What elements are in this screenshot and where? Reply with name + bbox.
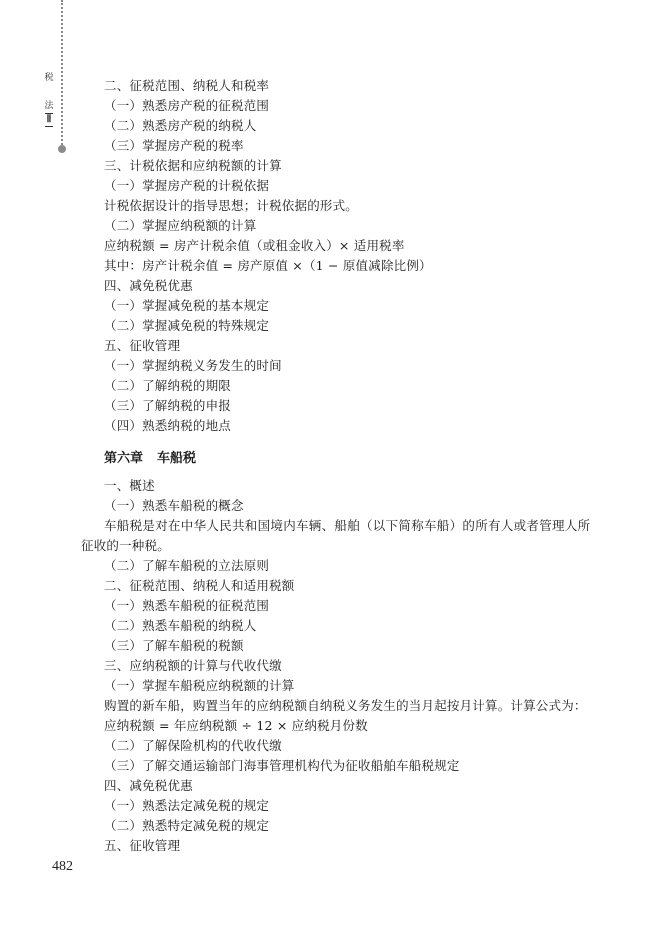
chapter-number: 第六章 — [104, 451, 143, 466]
list-item: （三）了解纳税的申报 — [81, 396, 581, 416]
list-item: （一）掌握减免税的基本规定 — [81, 296, 581, 316]
list-item: （一）掌握车船税应纳税额的计算 — [81, 676, 581, 696]
heading-tax-basis-calculation: 三、计税依据和应纳税额的计算 — [81, 156, 581, 176]
formula: 应纳税额 = 房产计税余值（或租金收入）× 适用税率 — [81, 236, 581, 256]
list-item: （二）熟悉特定减免税的规定 — [81, 816, 581, 836]
margin-book-title: 税 法 Ⅱ — [42, 72, 56, 127]
list-item: （一）熟悉车船税的概念 — [81, 496, 581, 516]
paragraph-continuation: 征收的一种税。 — [81, 536, 581, 556]
list-item: （三）了解交通运输部门海事管理机构代为征收船舶车船税规定 — [81, 756, 581, 776]
list-item: （一）熟悉法定减免税的规定 — [81, 796, 581, 816]
list-item: （二）掌握减免税的特殊规定 — [81, 316, 581, 336]
margin-rule-end-dot — [58, 145, 66, 153]
formula: 应纳税额 = 年应纳税额 ÷ 12 × 应纳税月份数 — [81, 716, 581, 736]
chapter-heading: 第六章车船税 — [81, 449, 581, 469]
chapter-six-section: 一、概述 （一）熟悉车船税的概念 车船税是对在中华人民共和国境内车辆、船舶（以下… — [81, 476, 581, 856]
heading-scope-taxpayer-rate: 二、征税范围、纳税人和税率 — [81, 76, 581, 96]
previous-chapter-section: 二、征税范围、纳税人和税率 （一）熟悉房产税的征税范围 （二）熟悉房产税的纳税人… — [81, 76, 581, 436]
list-item: （四）熟悉纳税的地点 — [81, 416, 581, 436]
margin-dotted-rule — [61, 0, 63, 148]
list-item: （二）了解纳税的期限 — [81, 376, 581, 396]
heading-collection-management: 五、征收管理 — [81, 836, 581, 856]
list-item: （一）熟悉房产税的征税范围 — [81, 96, 581, 116]
list-item: （二）了解保险机构的代收代缴 — [81, 736, 581, 756]
list-item: （一）掌握纳税义务发生的时间 — [81, 356, 581, 376]
heading-tax-relief: 四、减免税优惠 — [81, 276, 581, 296]
paragraph: 购置的新车船，购置当年的应纳税额自纳税义务发生的当月起按月计算。计算公式为： — [81, 696, 581, 716]
chapter-title: 车船税 — [157, 451, 196, 466]
heading-collection-management: 五、征收管理 — [81, 336, 581, 356]
list-item: （三）了解车船税的税额 — [81, 636, 581, 656]
list-item: （二）熟悉车船税的纳税人 — [81, 616, 581, 636]
margin-title-char: 税 — [42, 72, 56, 84]
heading-scope-taxpayer-amount: 二、征税范围、纳税人和适用税额 — [81, 576, 581, 596]
margin-title-volume: Ⅱ — [45, 113, 53, 127]
paragraph: 车船税是对在中华人民共和国境内车辆、船舶（以下简称车船）的所有人或者管理人所 — [81, 516, 581, 536]
margin-title-char: 法 — [42, 100, 56, 112]
page-body: 二、征税范围、纳税人和税率 （一）熟悉房产税的征税范围 （二）熟悉房产税的纳税人… — [81, 76, 581, 856]
list-item: （二）了解车船税的立法原则 — [81, 556, 581, 576]
heading-calculation-withholding: 三、应纳税额的计算与代收代缴 — [81, 656, 581, 676]
heading-tax-relief: 四、减免税优惠 — [81, 776, 581, 796]
list-item: （一）掌握房产税的计税依据 — [81, 176, 581, 196]
formula: 其中：房产计税余值 = 房产原值 ×（1 − 原值减除比例） — [81, 256, 581, 276]
list-item: （三）掌握房产税的税率 — [81, 136, 581, 156]
list-item: （二）熟悉房产税的纳税人 — [81, 116, 581, 136]
list-item: （一）熟悉车船税的征税范围 — [81, 596, 581, 616]
list-item: （二）掌握应纳税额的计算 — [81, 216, 581, 236]
paragraph: 计税依据设计的指导思想；计税依据的形式。 — [81, 196, 581, 216]
page-number: 482 — [52, 859, 73, 875]
heading-overview: 一、概述 — [81, 476, 581, 496]
